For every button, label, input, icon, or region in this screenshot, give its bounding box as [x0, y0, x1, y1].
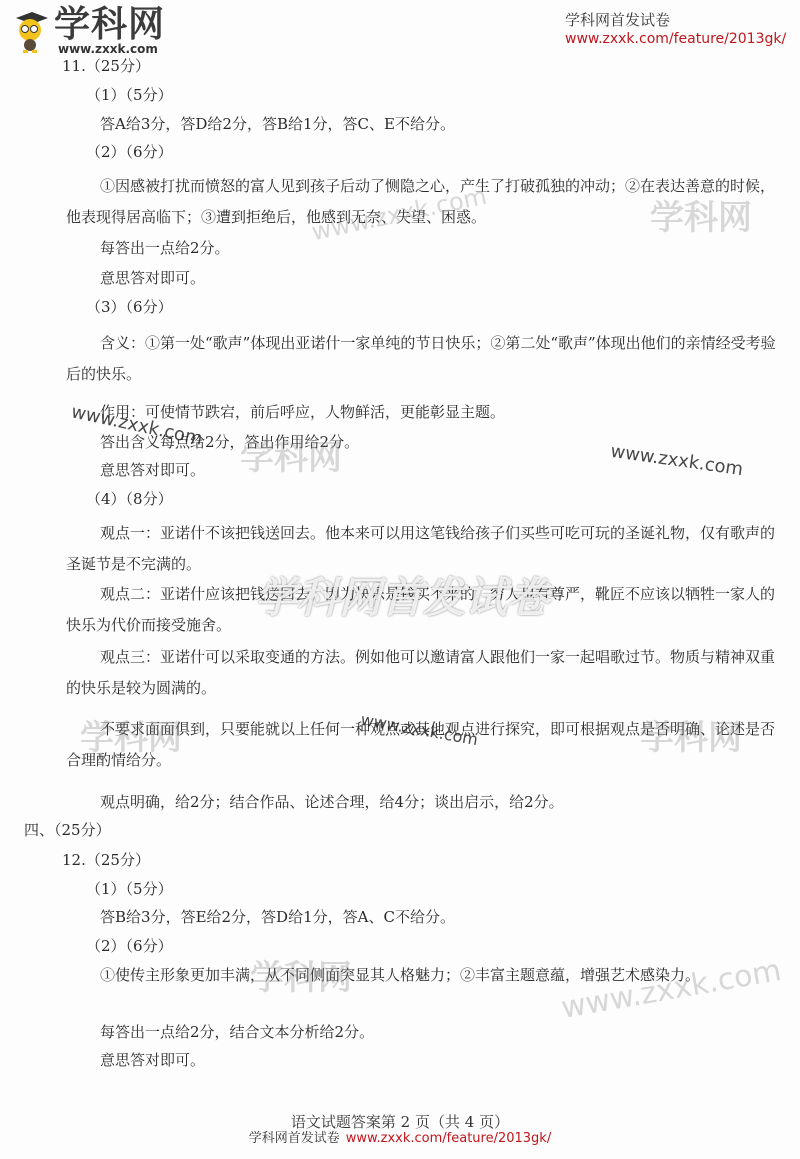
- watermark-url: www.zxxk.com: [609, 441, 744, 480]
- logo-brand-text: 学科网: [54, 4, 165, 46]
- q11-2-note-points: 每答出一点给2分。: [100, 238, 230, 258]
- q11-2-answer: ①因感被打扰而愤怒的富人见到孩子后动了恻隐之心，产生了打破孤独的冲动；②在表达善…: [66, 171, 786, 233]
- q12-2-note-meaning: 意思答对即可。: [100, 1050, 205, 1070]
- footer-source-link[interactable]: www.zxxk.com/feature/2013gk/: [346, 1131, 551, 1146]
- q11-3-meaning: 含义：①第一处“歌声”体现出亚诺什一家单纯的节日快乐；②第二处“歌声”体现出他们…: [66, 328, 786, 390]
- q11-4-note-grading: 不要求面面俱到，只要能就以上任何一种观点或其他观点进行探究，即可根据观点是否明确…: [66, 714, 786, 776]
- q11-1-title: （1）（5分）: [86, 85, 173, 105]
- q11-1-answer: 答A给3分，答D给2分，答B给1分，答C、E不给分。: [100, 114, 455, 134]
- q12-2-answer: ①使传主形象更加丰满，从不同侧面突显其人格魅力；②丰富主题意蕴，增强艺术感染力。: [66, 960, 786, 991]
- q11-3-note-points: 答出含义每点给2分，答出作用给2分。: [100, 432, 359, 452]
- mascot-graduate-icon: [10, 10, 50, 54]
- q11-title: 11.（25分）: [62, 56, 150, 76]
- q11-4-view2: 观点二：亚诺什应该把钱送回去，因为快乐是钱买不来的，穷人也有尊严，靴匠不应该以牺…: [66, 579, 786, 641]
- q11-2-title: （2）（6分）: [86, 142, 173, 162]
- q11-4-note-scores: 观点明确，给2分；结合作品、论述合理，给4分；谈出启示，给2分。: [100, 792, 564, 812]
- q11-3-effect: 作用：可使情节跌宕，前后呼应，人物鲜活，更能彰显主题。: [100, 402, 505, 422]
- header-source-title: 学科网首发试卷: [565, 10, 786, 30]
- footer-source: 学科网首发试卷www.zxxk.com/feature/2013gk/: [0, 1131, 800, 1147]
- q11-3-title: （3）（6分）: [86, 297, 173, 317]
- header-source: 学科网首发试卷 www.zxxk.com/feature/2013gk/: [565, 10, 786, 48]
- q11-4-view3: 观点三：亚诺什可以采取变通的方法。例如他可以邀请富人跟他们一家一起唱歌过节。物质…: [66, 642, 786, 704]
- q12-2-title: （2）（6分）: [86, 936, 173, 956]
- q12-title: 12.（25分）: [62, 850, 150, 870]
- logo-url-text: www.zxxk.com: [58, 42, 158, 56]
- q12-2-note-points: 每答出一点给2分，结合文本分析给2分。: [100, 1022, 374, 1042]
- site-logo: 学科网 www.zxxk.com: [6, 4, 176, 56]
- q11-3-note-meaning: 意思答对即可。: [100, 460, 205, 480]
- footer-source-title: 学科网首发试卷: [249, 1131, 340, 1146]
- q11-4-view1: 观点一：亚诺什不该把钱送回去。他本来可以用这笔钱给孩子们买些可吃可玩的圣诞礼物，…: [66, 518, 786, 580]
- header-source-link[interactable]: www.zxxk.com/feature/2013gk/: [565, 30, 786, 48]
- page-footer: 语文试题答案第 2 页（共 4 页） 学科网首发试卷www.zxxk.com/f…: [0, 1113, 800, 1147]
- q11-2-note-meaning: 意思答对即可。: [100, 268, 205, 288]
- q11-4-title: （4）（8分）: [86, 489, 173, 509]
- q12-1-title: （1）（5分）: [86, 879, 173, 899]
- section-4-title: 四、（25分）: [24, 820, 111, 840]
- page-number-label: 语文试题答案第 2 页（共 4 页）: [0, 1113, 800, 1131]
- q12-1-answer: 答B给3分，答E给2分，答D给1分，答A、C不给分。: [100, 907, 455, 927]
